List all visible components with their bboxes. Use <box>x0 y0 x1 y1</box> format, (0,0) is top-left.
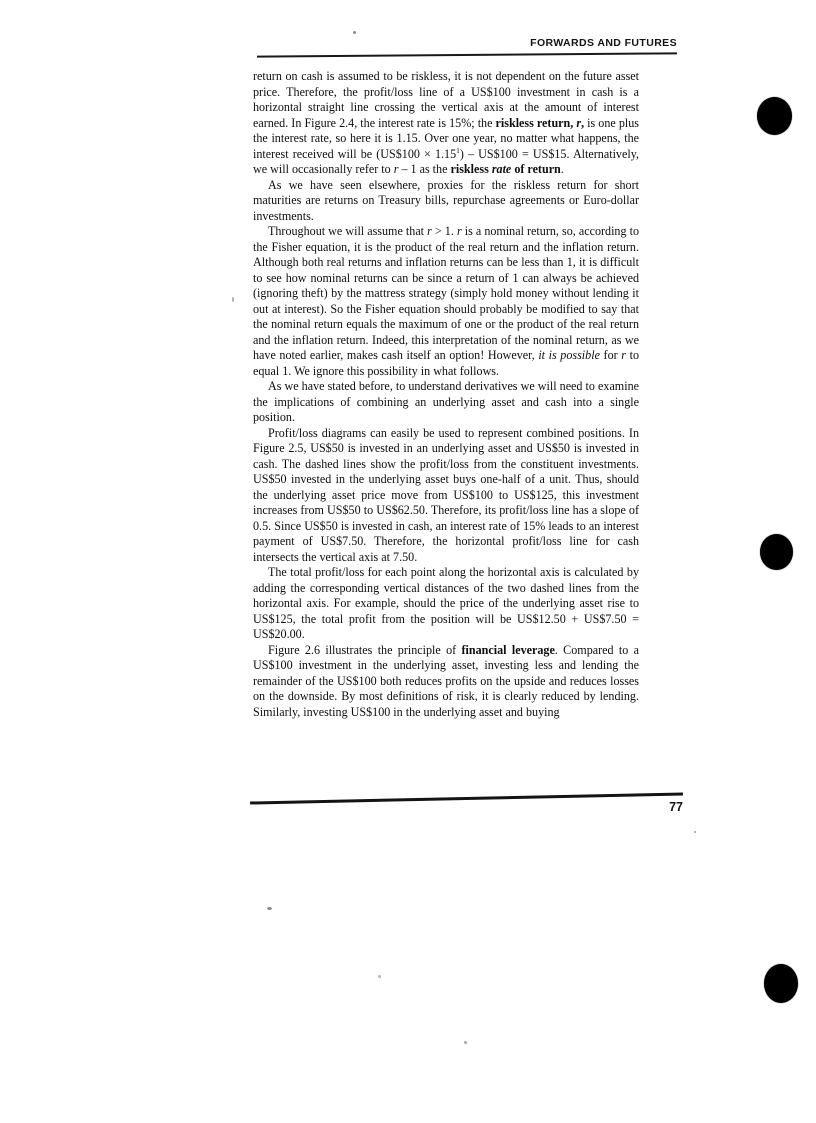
binder-hole-mark <box>757 97 792 135</box>
text-run: Profit/loss diagrams can easily be used … <box>253 426 639 564</box>
scan-speck <box>464 1041 467 1044</box>
header-rule <box>257 52 677 58</box>
binder-hole-mark <box>764 964 798 1003</box>
scan-speck <box>353 31 356 34</box>
body-text: return on cash is assumed to be riskless… <box>253 69 639 720</box>
text-run: of return <box>511 162 561 176</box>
text-run: . <box>561 162 564 176</box>
paragraph: As we have seen elsewhere, proxies for t… <box>253 178 639 225</box>
text-run: > 1. <box>432 224 457 238</box>
scan-speck <box>694 831 696 833</box>
text-run: is a nominal return, so, according to th… <box>253 224 639 362</box>
text-run: Figure 2.6 illustrates the principle of <box>268 643 462 657</box>
text-run: riskless return, <box>496 116 577 130</box>
text-run: – 1 as the <box>398 162 450 176</box>
paragraph: Profit/loss diagrams can easily be used … <box>253 426 639 566</box>
running-header-title: FORWARDS AND FUTURES <box>530 37 677 49</box>
paragraph: The total profit/loss for each point alo… <box>253 565 639 643</box>
text-run: The total profit/loss for each point alo… <box>253 565 639 641</box>
text-run: As we have stated before, to understand … <box>253 379 639 424</box>
text-run: financial leverage <box>462 643 555 657</box>
text-run: for <box>600 348 621 362</box>
text-run: rate <box>492 162 511 176</box>
scan-speck <box>267 907 272 910</box>
footer-rule <box>250 792 683 804</box>
scanned-book-page: FORWARDS AND FUTURES return on cash is a… <box>0 0 816 1123</box>
paragraph: Throughout we will assume that r > 1. r … <box>253 224 639 379</box>
binder-hole-mark <box>760 534 793 570</box>
paragraph: Figure 2.6 illustrates the principle of … <box>253 643 639 721</box>
text-run: Throughout we will assume that <box>268 224 427 238</box>
scan-speck <box>378 975 381 978</box>
paragraph: return on cash is assumed to be riskless… <box>253 69 639 178</box>
paragraph: As we have stated before, to understand … <box>253 379 639 426</box>
running-header: FORWARDS AND FUTURES <box>257 37 677 49</box>
text-run: As we have seen elsewhere, proxies for t… <box>253 178 639 223</box>
page-number: 77 <box>640 800 683 814</box>
text-run: riskless <box>450 162 491 176</box>
text-run: it is possible <box>538 348 600 362</box>
scan-speck <box>232 297 234 302</box>
